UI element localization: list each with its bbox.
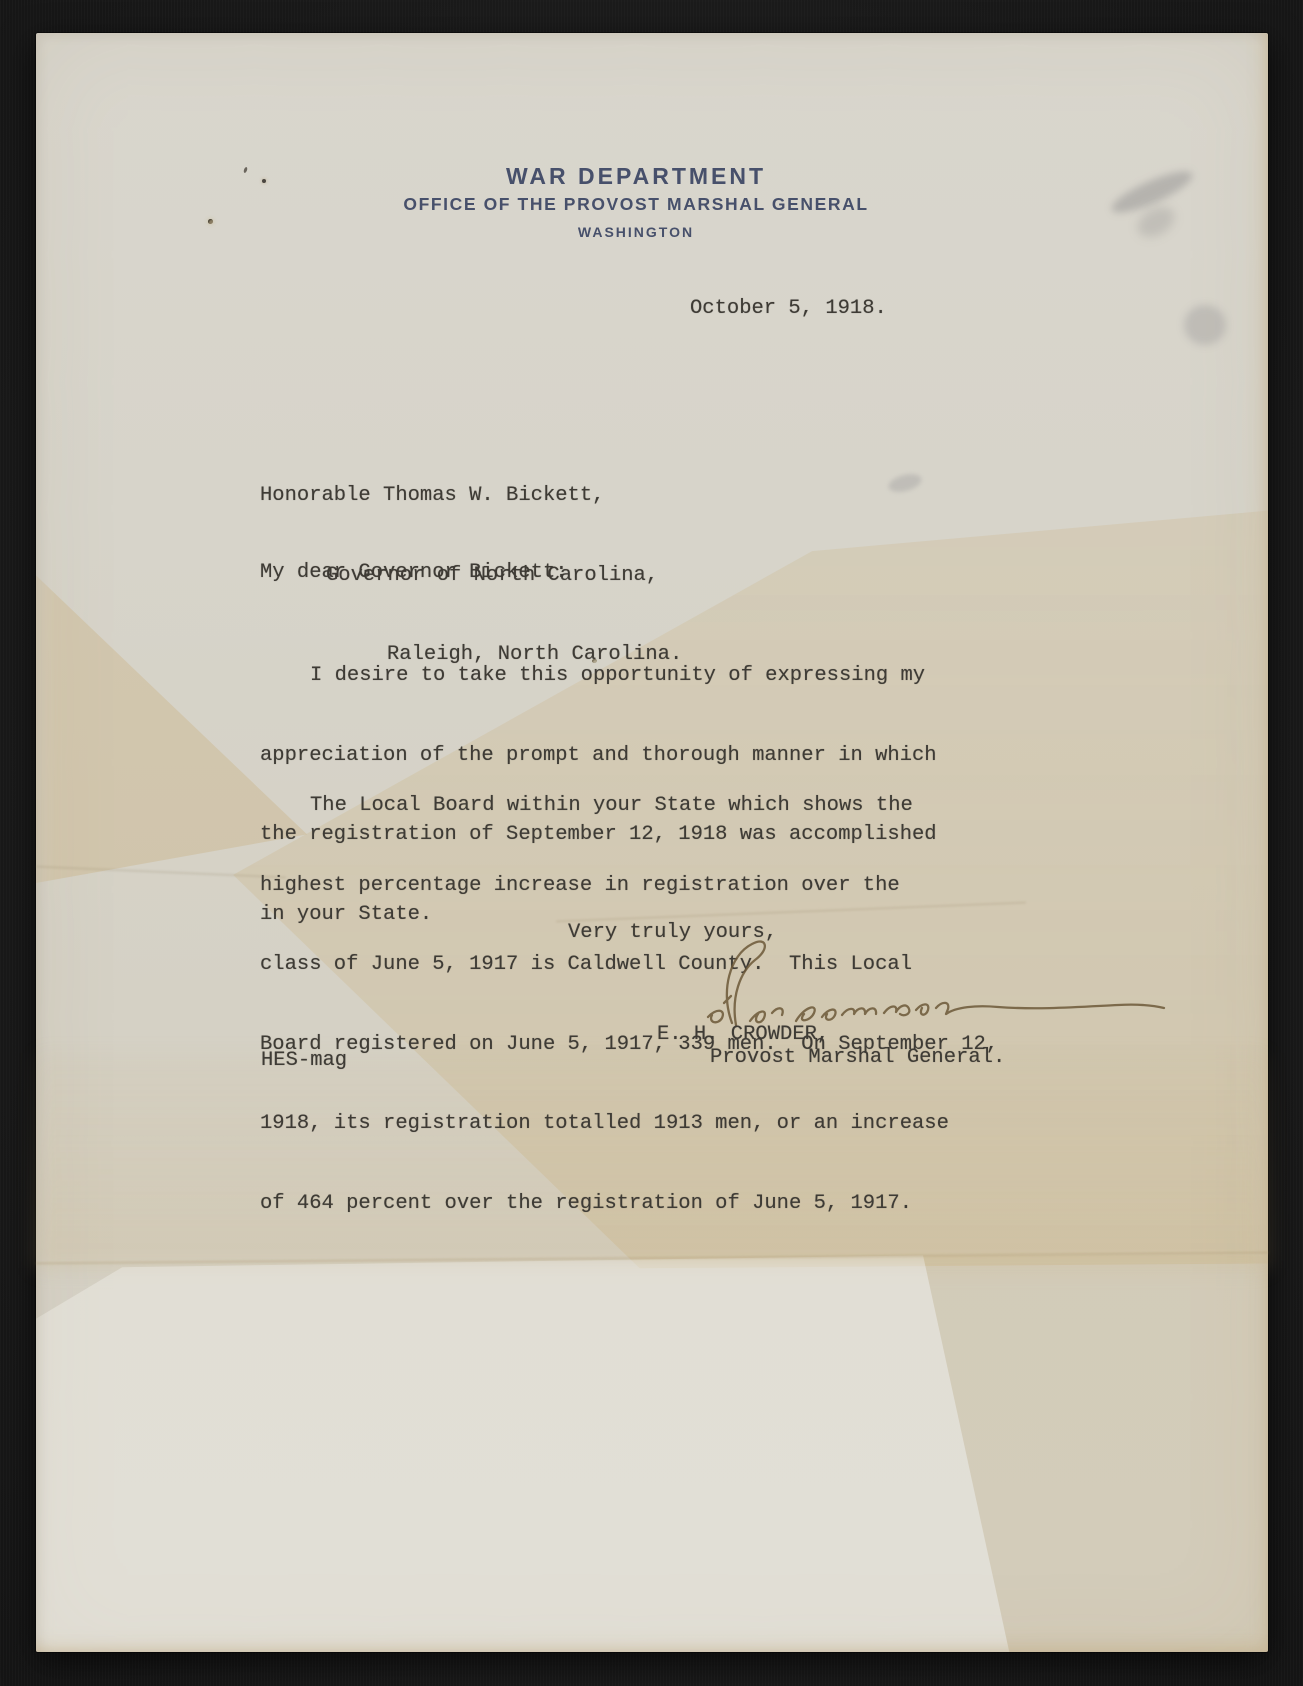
typed-title-line: Provost Marshal General.: [710, 1045, 1005, 1072]
graphite-smudge: [1184, 305, 1226, 345]
graphite-smudge: [887, 471, 924, 495]
date-line: October 5, 1918.: [690, 296, 887, 323]
body-line: The Local Board within your State which …: [260, 793, 998, 820]
paragraph-2: The Local Board within your State which …: [260, 740, 998, 1270]
body-line: class of June 5, 1917 is Caldwell County…: [260, 952, 998, 979]
body-line: highest percentage increase in registrat…: [260, 873, 998, 900]
letterhead-department: WAR DEPARTMENT: [20, 163, 1252, 190]
letterhead-city: WASHINGTON: [20, 224, 1252, 240]
body-line: I desire to take this opportunity of exp…: [260, 663, 937, 690]
paper-stain: [36, 1255, 1268, 1652]
scan-background: WAR DEPARTMENT OFFICE OF THE PROVOST MAR…: [0, 0, 1303, 1686]
closing-line: Very truly yours,: [568, 920, 777, 947]
reference-initials: HES-mag: [261, 1048, 347, 1075]
body-line: 1918, its registration totalled 1913 men…: [260, 1111, 998, 1138]
letter-page: WAR DEPARTMENT OFFICE OF THE PROVOST MAR…: [36, 33, 1268, 1652]
salutation-line: My dear Governor Bickett:: [260, 560, 568, 587]
paper-stain: [36, 1255, 1268, 1652]
body-line: of 464 percent over the registration of …: [260, 1191, 998, 1218]
letterhead-office: OFFICE OF THE PROVOST MARSHAL GENERAL: [20, 194, 1252, 215]
fold-crease: [36, 866, 286, 878]
recipient-line: Honorable Thomas W. Bickett,: [260, 483, 682, 510]
